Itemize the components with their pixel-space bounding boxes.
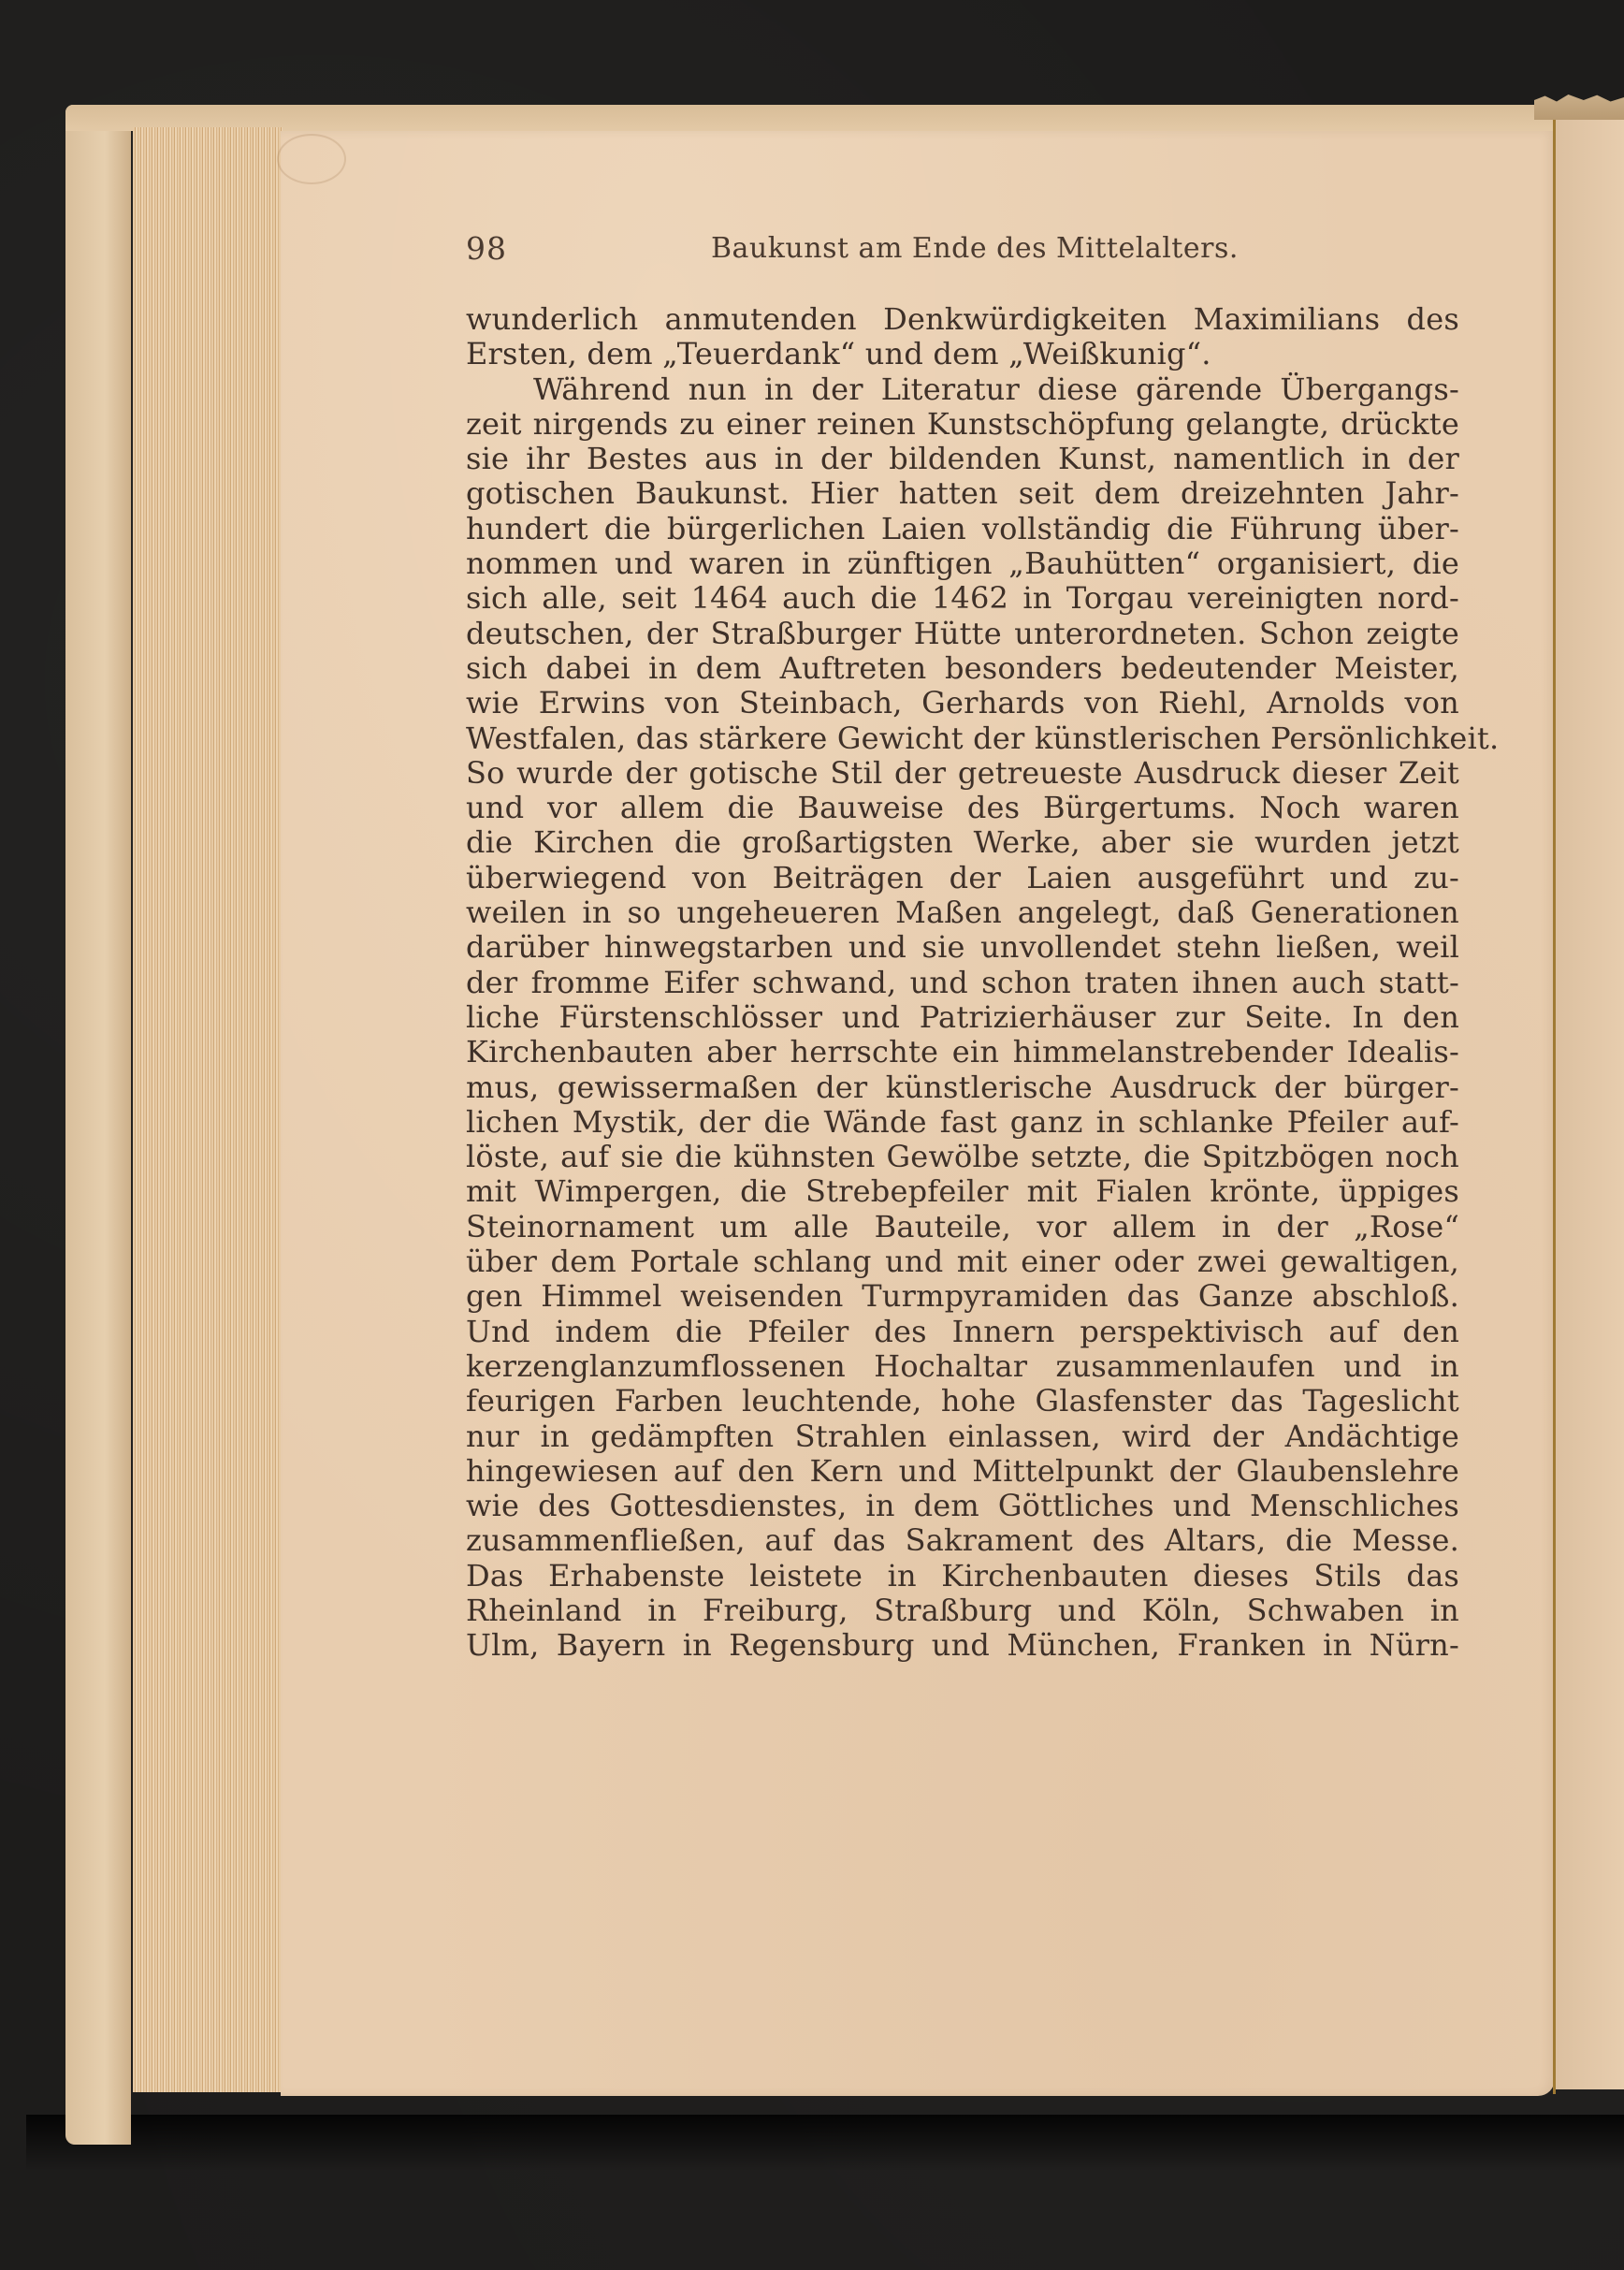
text-line: sich dabei in dem Auftreten besonders be…	[466, 651, 1459, 686]
text-line: nommen und waren in zünftigen „Bauhütten…	[466, 546, 1459, 581]
text-line: und vor allem die Bauweise des Bürgertum…	[466, 791, 1459, 825]
text-line: wunderlich anmutenden Denkwürdigkeiten M…	[466, 302, 1459, 337]
body-text: wunderlich anmutenden Denkwürdigkeiten M…	[466, 302, 1459, 1664]
text-line: Ersten, dem „Teuerdank“ und dem „Weißkun…	[466, 337, 1459, 371]
page-stack-edges	[133, 127, 283, 2092]
text-line: Steinornament um alle Bauteile, vor alle…	[466, 1210, 1459, 1244]
text-line: Kirchenbauten aber herrschte ein himmela…	[466, 1035, 1459, 1070]
text-line: liche Fürstenschlösser und Patrizierhäus…	[466, 1000, 1459, 1035]
text-line: der fromme Eifer schwand, und schon trat…	[466, 966, 1459, 1000]
text-line: deutschen, der Straßburger Hütte unteror…	[466, 617, 1459, 651]
text-line: feurigen Farben leuchtende, hohe Glasfen…	[466, 1384, 1459, 1419]
text-line: sich alle, seit 1464 auch die 1462 in To…	[466, 581, 1459, 616]
text-line: weilen in so ungeheueren Maßen angelegt,…	[466, 895, 1459, 930]
text-line: Das Erhabenste leistete in Kirchenbauten…	[466, 1559, 1459, 1593]
text-line: Ulm, Bayern in Regensburg und München, F…	[466, 1628, 1459, 1663]
text-line: mus, gewissermaßen der künstlerische Aus…	[466, 1070, 1459, 1105]
text-line: die Kirchen die großartigsten Werke, abe…	[466, 825, 1459, 860]
running-title: Baukunst am Ende des Mittelalters.	[711, 232, 1239, 265]
text-line: gen Himmel weisenden Turmpyramiden das G…	[466, 1279, 1459, 1314]
text-line: hundert die bürgerlichen Laien vollständ…	[466, 512, 1459, 546]
text-line: Westfalen, das stärkere Gewicht der küns…	[466, 721, 1459, 756]
text-line: sie ihr Bestes aus in der bildenden Kuns…	[466, 442, 1459, 476]
text-line: lichen Mystik, der die Wände fast ganz i…	[466, 1105, 1459, 1140]
adjacent-page	[1556, 120, 1624, 2089]
text-line: nur in gedämpften Strahlen einlassen, wi…	[466, 1419, 1459, 1454]
page-gutter	[1553, 120, 1556, 2094]
page-number: 98	[466, 230, 507, 267]
book-cover-edge	[65, 105, 131, 2145]
text-line-paragraph-start: Während nun in der Literatur diese gären…	[466, 372, 1459, 407]
text-line: zeit nirgends zu einer reinen Kunstschöp…	[466, 407, 1459, 442]
text-line: So wurde der gotische Stil der getreuest…	[466, 756, 1459, 791]
text-line: wie des Gottesdienstes, in dem Göttliche…	[466, 1489, 1459, 1523]
text-line: Und indem die Pfeiler des Innern perspek…	[466, 1315, 1459, 1349]
text-line: über dem Portale schlang und mit einer o…	[466, 1244, 1459, 1279]
text-line: überwiegend von Beiträgen der Laien ausg…	[466, 861, 1459, 895]
book-cover-top-edge	[65, 105, 1562, 131]
book-shadow	[26, 2115, 1624, 2171]
text-line: wie Erwins von Steinbach, Gerhards von R…	[466, 686, 1459, 720]
text-line: löste, auf sie die kühnsten Gewölbe setz…	[466, 1140, 1459, 1174]
text-line: hingewiesen auf den Kern und Mittelpunkt…	[466, 1454, 1459, 1489]
text-line: kerzenglanzumflossenen Hochaltar zusamme…	[466, 1349, 1459, 1384]
text-line: gotischen Baukunst. Hier hatten seit dem…	[466, 476, 1459, 511]
running-head: 98 Baukunst am Ende des Mittelalters.	[466, 230, 1270, 268]
text-line: zusammenfließen, auf das Sakrament des A…	[466, 1523, 1459, 1558]
text-line: mit Wimpergen, die Strebepfeiler mit Fia…	[466, 1174, 1459, 1209]
text-line: Rheinland in Freiburg, Straßburg und Köl…	[466, 1593, 1459, 1628]
text-line: darüber hinwegstarben und sie unvollende…	[466, 930, 1459, 965]
water-stain	[277, 134, 346, 184]
